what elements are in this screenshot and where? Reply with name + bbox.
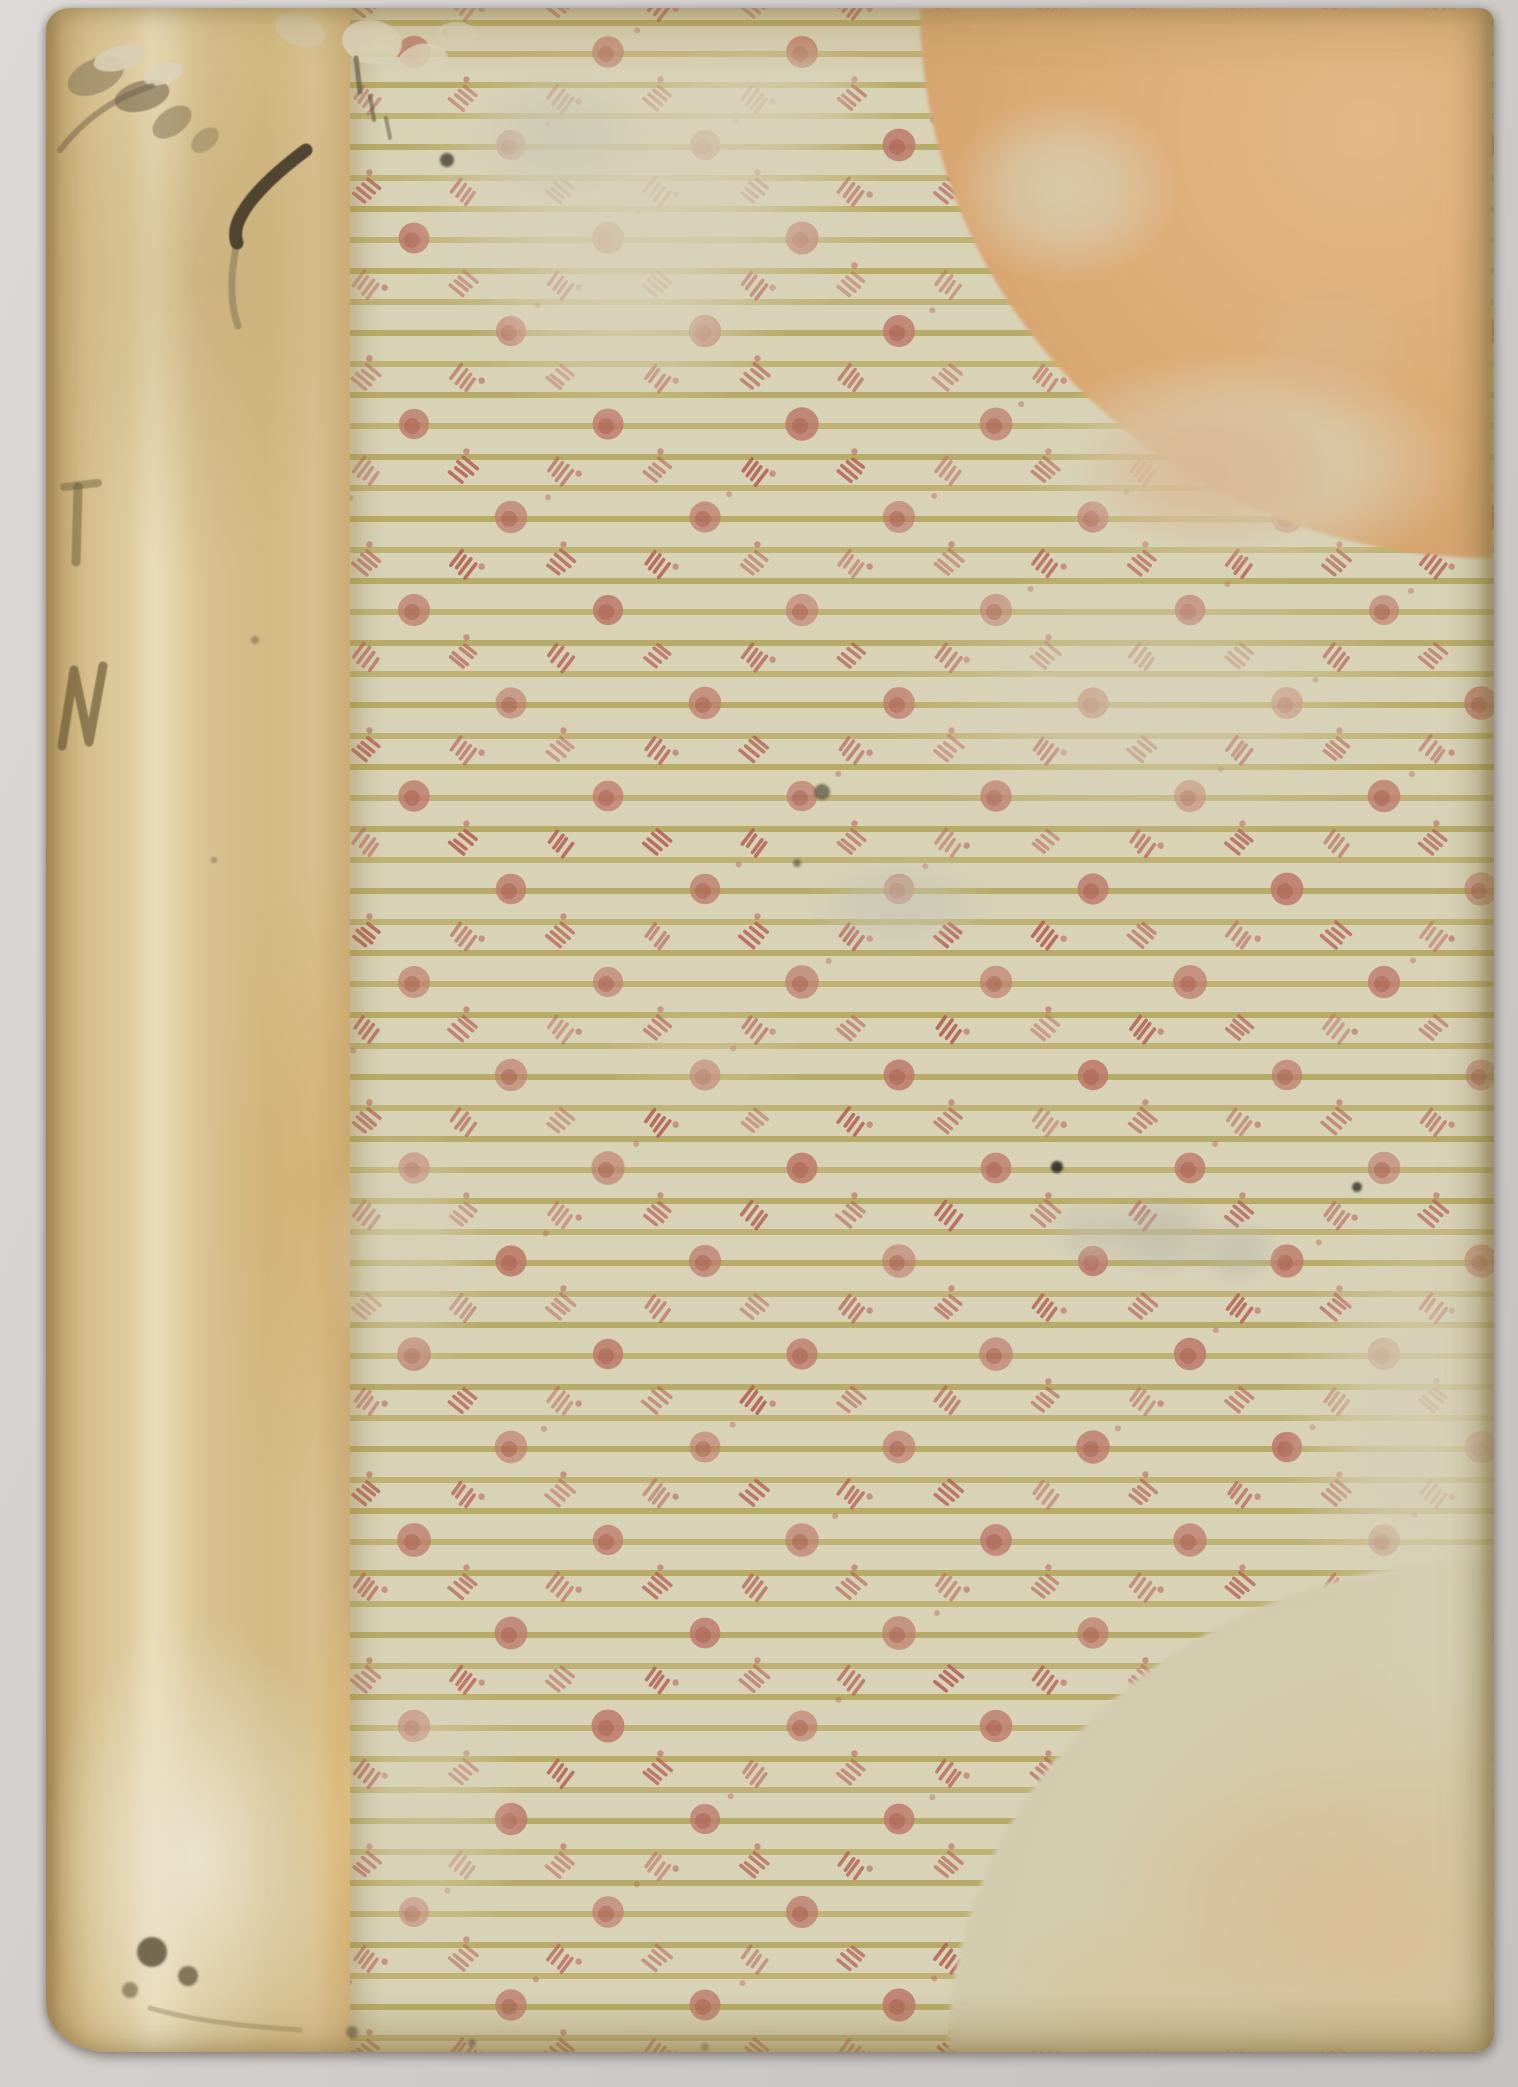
photo <box>0 0 1518 2087</box>
book <box>46 8 1494 2052</box>
book-spine <box>46 8 358 2052</box>
